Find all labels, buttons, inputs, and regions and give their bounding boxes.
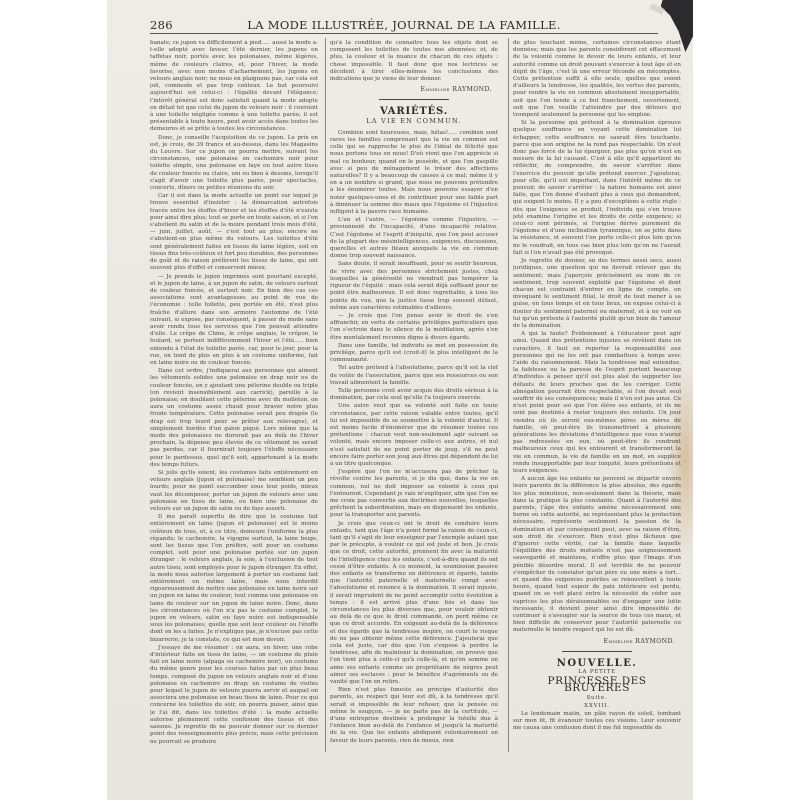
article-paragraph: — Je crois que l'on pense avoir le droit… <box>330 313 498 342</box>
article-paragraph: Sans doute, il serait insuffisant, pour … <box>330 261 498 311</box>
column-2: qu'à la condition de connaître tous les … <box>330 40 498 752</box>
publication-title: LA MODE ILLUSTRÉE, JOURNAL DE LA FAMILLE… <box>150 18 658 32</box>
article-paragraph: — Je prends le jupon imprimés sont pourt… <box>150 274 318 368</box>
article-paragraph: Rien n'est plus funeste au principe d'au… <box>330 687 498 745</box>
column-1: banale; ce jupon va difficilement à pied… <box>150 40 318 752</box>
article-paragraph: Tel autre prétend à l'absolutisme, parce… <box>330 365 498 387</box>
article-continuation: qu'à la condition de connaître tous les … <box>330 40 498 83</box>
article-paragraph: Donc, je conseille l'acquisition de ce j… <box>150 135 318 193</box>
author-signature: Emmeline RAYMOND. <box>330 86 492 93</box>
header-rule <box>150 33 658 34</box>
chapter-number: XXVIII. <box>513 703 681 710</box>
page-header: 286 LA MODE ILLUSTRÉE, JOURNAL DE LA FAM… <box>150 18 658 34</box>
article-paragraph: Telle personne croit avoir acquis des dr… <box>330 388 498 402</box>
article-paragraph: Si la personne qui prétend à la dominati… <box>513 120 681 257</box>
article-paragraph: Dans cet ordre, j'indiquerai aux personn… <box>150 368 318 469</box>
article-paragraph: J'essaye de me résumer : on aura, en hiv… <box>150 645 318 746</box>
column-3: de plus touchant même, certaines circons… <box>513 40 681 752</box>
column-divider <box>508 38 509 752</box>
article-paragraph: Si jolis qu'ils soient, les costumes fai… <box>150 470 318 513</box>
article-paragraph: Combien sont heureuses, mais, hélas!....… <box>330 130 498 216</box>
article-paragraph: banale; ce jupon va difficilement à pied… <box>150 40 318 134</box>
article-paragraph: A qui la faute? Évidemment à l'éducateur… <box>513 331 681 475</box>
article-paragraph: A aucun âge les enfants ne peuvent se dé… <box>513 476 681 634</box>
article-paragraph: J'espère que l'on ne m'accusera pas de p… <box>330 469 498 519</box>
page-bottom-margin <box>107 752 693 800</box>
article-paragraph: Une autre veut que sa volonté soit faite… <box>330 403 498 468</box>
author-signature: Emmeline RAYMOND. <box>513 638 675 645</box>
story-paragraph: Le lendemain matin, un pâle rayon de sol… <box>513 711 681 733</box>
column-divider <box>325 38 326 752</box>
article-paragraph: Il me paraît superflu de dire que le cos… <box>150 514 318 644</box>
article-paragraph: Car il est dans la mode actuelle un poin… <box>150 193 318 272</box>
nouvelle-title: NOUVELLE. <box>513 660 681 667</box>
article-paragraph: Dans une famille, tel individu se met en… <box>330 343 498 365</box>
story-title: PRINCESSE DES BRUYÈRES <box>513 678 681 692</box>
section-subtitle: LA VIE EN COMMUN. <box>330 118 498 125</box>
section-separator <box>379 99 449 100</box>
article-paragraph: Je regrette de donner, en des termes aus… <box>513 258 681 330</box>
section-separator <box>562 651 632 652</box>
story-continued: Suite. <box>513 695 681 702</box>
section-title: VARIÉTÉS. <box>330 108 498 115</box>
article-paragraph: Je crois que ceux-ci ont le droit de con… <box>330 521 498 687</box>
article-paragraph: de plus touchant même, certaines circons… <box>513 40 681 119</box>
article-paragraph: L'un et l'autre, — l'égoïsme comme l'inj… <box>330 217 498 260</box>
